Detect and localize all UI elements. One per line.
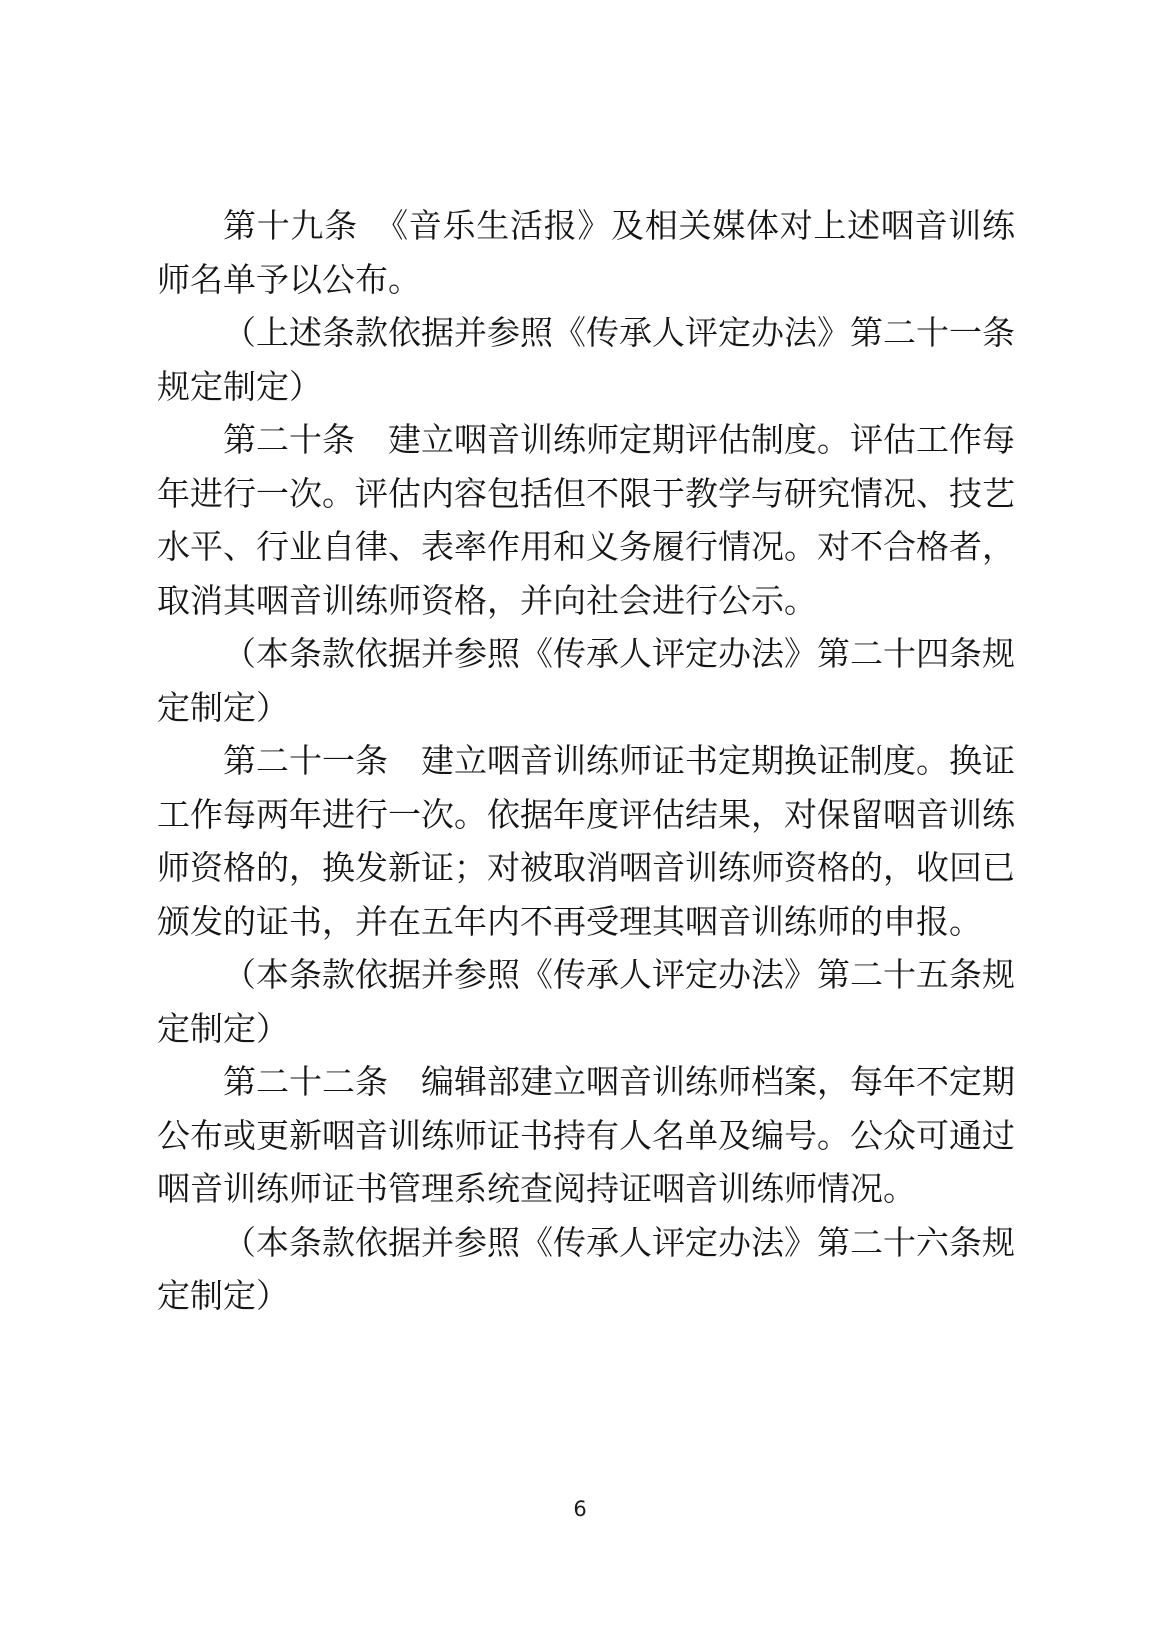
document-page: 第十九条 《音乐生活报》及相关媒体对上述咽音训练师名单予以公布。 （上述条款依据… [0,0,1160,1640]
document-body: 第十九条 《音乐生活报》及相关媒体对上述咽音训练师名单予以公布。 （上述条款依据… [157,201,1015,1325]
paragraph-article-22: 第二十二条 编辑部建立咽音训练师档案，每年不定期公布或更新咽音训练师证书持有人名… [157,1057,1015,1218]
paragraph-article-20-note: （本条款依据并参照《传承人评定办法》第二十四条规定制定） [157,629,1015,736]
paragraph-article-19: 第十九条 《音乐生活报》及相关媒体对上述咽音训练师名单予以公布。 [157,201,1015,308]
paragraph-article-22-note: （本条款依据并参照《传承人评定办法》第二十六条规定制定） [157,1218,1015,1325]
paragraph-article-19-note: （上述条款依据并参照《传承人评定办法》第二十一条规定制定） [157,308,1015,415]
paragraph-article-21-note: （本条款依据并参照《传承人评定办法》第二十五条规定制定） [157,950,1015,1057]
paragraph-article-20: 第二十条 建立咽音训练师定期评估制度。评估工作每年进行一次。评估内容包括但不限于… [157,415,1015,629]
paragraph-article-21: 第二十一条 建立咽音训练师证书定期换证制度。换证工作每两年进行一次。依据年度评估… [157,736,1015,950]
page-number: 6 [0,1497,1160,1521]
